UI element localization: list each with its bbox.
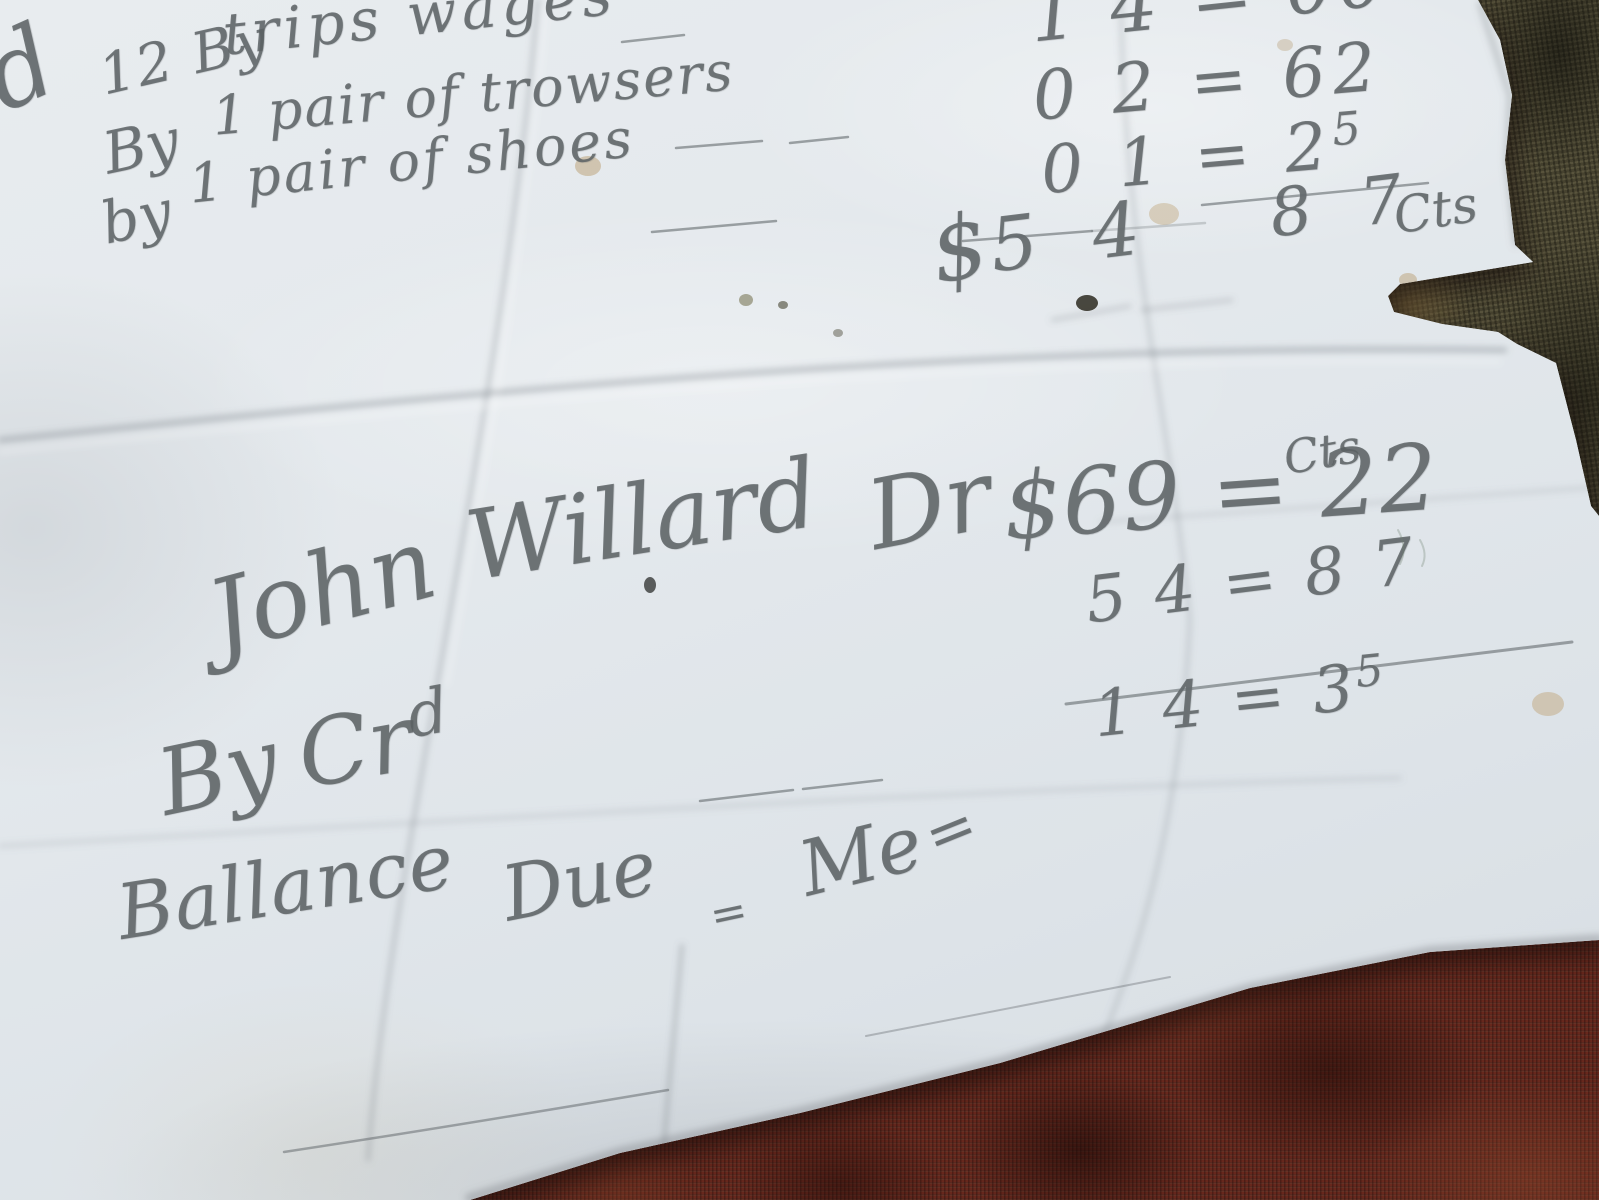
balance-word: Ballance [112,823,459,951]
due-equals-sign: = [706,888,751,939]
photo-of-document: { "photo": { "description": "Photograph … [0,0,1599,1200]
balance-row-sup: 5 [1353,645,1386,698]
entry-line2-prefix: By [98,110,184,182]
balance-row-main: 1 4 = 3 [1090,651,1361,752]
debit-abbreviation: Dr [860,447,999,565]
line3-amount-sup: 5 [1330,101,1363,156]
paper-shadow-wrap: d 12 By trips wages 1 4 = 00 By 1 pair o… [0,0,1599,1200]
cutoff-word-fragment: d [0,10,69,127]
due-word: Due [496,828,663,932]
handwritten-account-paper: d 12 By trips wages 1 4 = 00 By 1 pair o… [0,0,1599,1200]
dash-after-trowsers [676,137,848,148]
me-word: Me [792,804,930,907]
dash-after-wages [622,35,684,42]
entry-line3-prefix: by [96,181,176,252]
bottom-right-pencil-line [866,977,1170,1036]
debtor-last-name: Willard [460,445,824,595]
subtotal-currency-sign: $ [924,200,994,296]
debtor-first-name: John [198,513,445,669]
dash-after-by-crd [700,780,882,801]
me-trailing-equals: = [916,793,985,867]
balance-amount-row: 1 4 = 35 [1090,649,1388,747]
subtotal-dollars: 5 4 [986,190,1159,284]
by-credit-word-by: By [150,715,286,830]
by-credit-word-cr: Crd [290,679,459,803]
dash-after-shoes [652,221,776,232]
subtotal-cents-unit: Cts [1390,179,1481,242]
cr-main: Cr [290,684,421,809]
bottom-left-pencil-line [284,1090,668,1152]
